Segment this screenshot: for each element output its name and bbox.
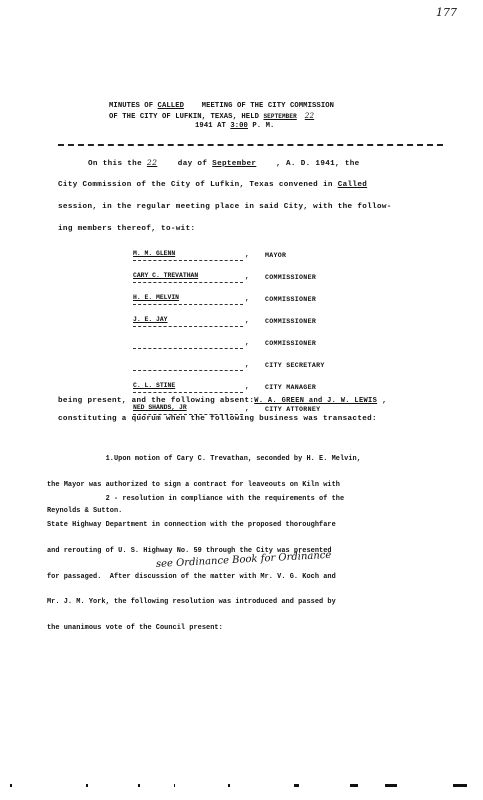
member-name <box>133 337 243 349</box>
header-line-2: OF THE CITY OF LUFKIN, TEXAS, HELD SEPTE… <box>109 111 409 122</box>
opening-text: City Commission of the City of Lufkin, T… <box>58 181 338 189</box>
session-type: Called <box>338 174 392 196</box>
meeting-month: September <box>212 153 276 175</box>
item-line: 1.Upon motion of Cary C. Trevathan, seco… <box>47 455 447 464</box>
held-day: 22 <box>305 111 314 120</box>
header-text: OF THE CITY OF LUFKIN, TEXAS, HELD <box>109 113 263 121</box>
meeting-day: 22 <box>147 152 173 174</box>
scan-mark <box>453 784 467 787</box>
comma: , <box>243 361 265 369</box>
separator-line <box>58 144 443 146</box>
member-title: COMMISSIONER <box>265 340 316 347</box>
member-name: H. E. MELVIN <box>133 293 243 305</box>
member-row: H. E. MELVIN,COMMISSIONER <box>133 288 393 310</box>
scan-artifacts <box>0 784 483 790</box>
item-line: 2 - resolution in compliance with the re… <box>47 495 447 504</box>
scan-mark <box>138 784 140 787</box>
header-text: MEETING OF THE CITY COMMISSION <box>184 102 334 110</box>
attendance-text: being present, and the following absent: <box>58 397 254 405</box>
header-line-3: 1941 AT 3:00 P. M. <box>109 122 409 131</box>
header-text: P. M. <box>248 122 274 130</box>
member-name: J. E. JAY <box>133 315 243 327</box>
item-line: Mr. J. M. York, the following resolution… <box>47 598 447 607</box>
member-title: COMMISSIONER <box>265 318 316 325</box>
opening-text: day of <box>173 160 212 168</box>
held-month: SEPTEMBER <box>263 113 296 120</box>
comma: , <box>243 251 265 259</box>
member-name: M. M. GLENN <box>133 249 243 261</box>
member-name: CARY C. TREVATHAN <box>133 271 243 283</box>
header-line-1: MINUTES OF CALLED MEETING OF THE CITY CO… <box>109 102 409 111</box>
quorum-line: constituting a quorum when the following… <box>58 408 448 430</box>
comma: , <box>377 397 387 405</box>
opening-line-2: City Commission of the City of Lufkin, T… <box>58 174 448 196</box>
member-row: M. M. GLENN,MAYOR <box>133 244 393 266</box>
opening-line-4: ing members thereof, to-wit: <box>58 218 448 240</box>
meeting-type: CALLED <box>158 102 184 110</box>
item-line: the unanimous vote of the Council presen… <box>47 624 447 633</box>
opening-text: , A. D. 1941, the <box>276 160 359 168</box>
comma: , <box>243 317 265 325</box>
scan-mark <box>86 784 88 787</box>
member-title: COMMISSIONER <box>265 274 316 281</box>
item-line: for passaged. After discussion of the ma… <box>47 573 447 582</box>
scan-mark <box>174 784 175 787</box>
member-row: ,CITY SECRETARY <box>133 354 393 376</box>
member-title: COMMISSIONER <box>265 296 316 303</box>
scan-mark <box>294 784 299 787</box>
scan-mark <box>10 784 12 787</box>
member-row: ,COMMISSIONER <box>133 332 393 354</box>
comma: , <box>243 295 265 303</box>
absent-members: W. A. GREEN and J. W. LEWIS <box>254 397 377 405</box>
comma: , <box>243 273 265 281</box>
item-line: State Highway Department in connection w… <box>47 521 447 530</box>
member-row: CARY C. TREVATHAN,COMMISSIONER <box>133 266 393 288</box>
scan-mark <box>228 784 230 787</box>
page-number: 177 <box>436 6 457 19</box>
scan-mark <box>350 784 358 787</box>
opening-text: On this the <box>88 160 147 168</box>
opening-line-1: On this the 22 day of September, A. D. 1… <box>58 152 478 175</box>
header-text: MINUTES OF <box>109 102 158 110</box>
opening-line-3: session, in the regular meeting place in… <box>58 196 448 218</box>
held-time: 3:00 <box>230 122 248 130</box>
member-row: J. E. JAY,COMMISSIONER <box>133 310 393 332</box>
member-title: CITY SECRETARY <box>265 362 325 369</box>
member-title: MAYOR <box>265 252 286 259</box>
minutes-header: MINUTES OF CALLED MEETING OF THE CITY CO… <box>109 102 409 131</box>
comma: , <box>243 339 265 347</box>
header-text: 1941 AT <box>195 122 230 130</box>
scan-mark <box>385 784 397 787</box>
member-name <box>133 359 243 371</box>
